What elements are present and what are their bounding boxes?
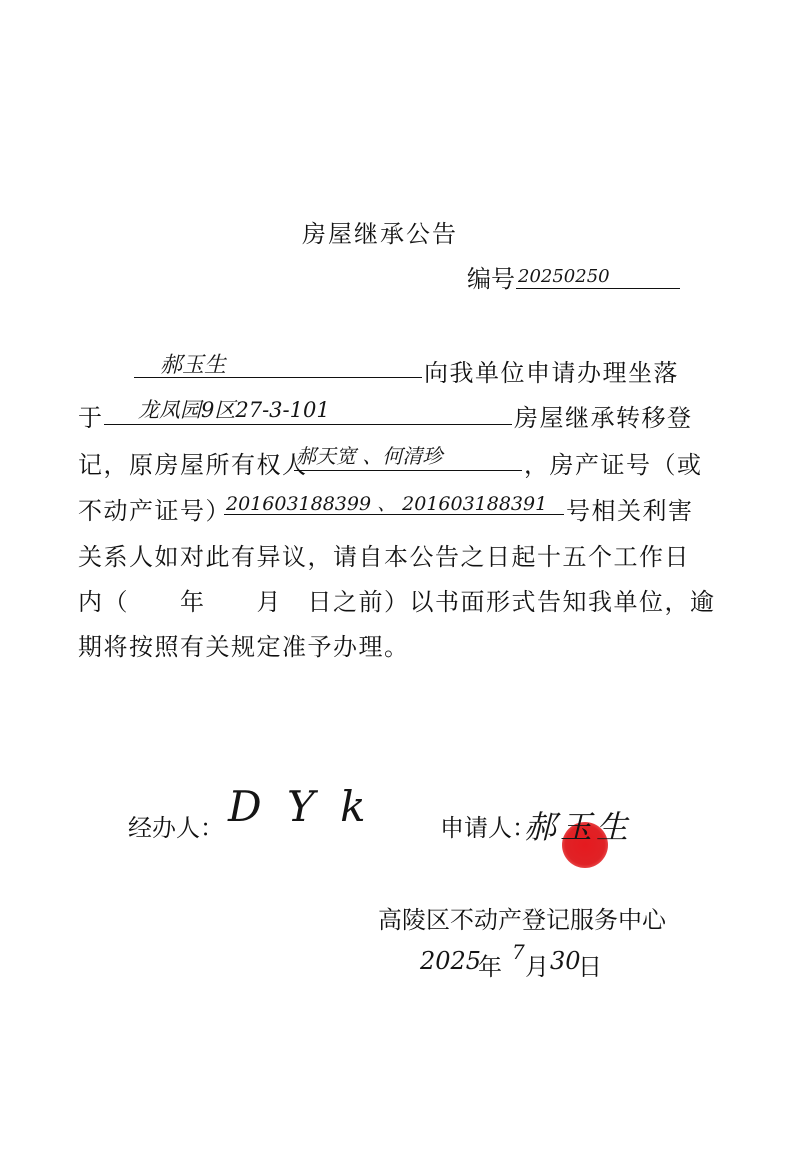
applicant-name-handwritten: 郝玉生 xyxy=(160,348,226,379)
handler-signature: D Y k xyxy=(228,782,372,831)
certificate-underline xyxy=(224,514,564,515)
serial-underline xyxy=(516,288,680,289)
paragraph-line-2-suffix: 房屋继承转移登 xyxy=(514,398,693,433)
serial-label: 编号 xyxy=(467,259,515,294)
applicant-signature: 郝玉生 xyxy=(524,802,632,848)
paragraph-line-3-suffix: ，房产证号（或 xyxy=(524,445,703,480)
location-underline xyxy=(104,424,512,425)
paragraph-line-4-prefix: 不动产证号） xyxy=(78,491,231,526)
document-title: 房屋继承公告 xyxy=(302,214,458,249)
date-day-label: 日 xyxy=(578,947,604,982)
applicant-label: 申请人： xyxy=(440,808,536,843)
date-month: 7 xyxy=(512,940,525,964)
owners-underline xyxy=(294,470,522,471)
paragraph-line-4-suffix: 号相关利害 xyxy=(566,491,694,526)
date-year-label: 年 xyxy=(478,947,504,982)
issuer-name: 高陵区不动产登记服务中心 xyxy=(378,900,666,935)
handler-label: 经办人： xyxy=(128,808,224,843)
date-day: 30 xyxy=(550,947,581,975)
date-year: 2025 xyxy=(420,947,481,975)
property-location-handwritten: 龙凤园9区27-3-101 xyxy=(138,394,330,424)
original-owners-handwritten: 郝天宽 、何清珍 xyxy=(296,440,442,469)
paragraph-line-2-prefix: 于 xyxy=(78,398,104,433)
date-month-label: 月 xyxy=(525,947,551,982)
paragraph-line-1-suffix: 向我单位申请办理坐落 xyxy=(424,353,679,388)
serial-number: 20250250 xyxy=(518,266,610,287)
paragraph-line-3-prefix: 记，原房屋所有权人 xyxy=(78,445,308,480)
applicant-underline xyxy=(134,377,422,378)
paragraph-line-6: 内（ 年 月 日之前）以书面形式告知我单位，逾 xyxy=(78,582,716,617)
certificate-numbers-handwritten: 201603188399 、 201603188391 xyxy=(226,489,547,516)
paragraph-line-5: 关系人如对此有异议，请自本公告之日起十五个工作日 xyxy=(78,537,690,572)
paragraph-line-7: 期将按照有关规定准予办理。 xyxy=(78,627,410,662)
